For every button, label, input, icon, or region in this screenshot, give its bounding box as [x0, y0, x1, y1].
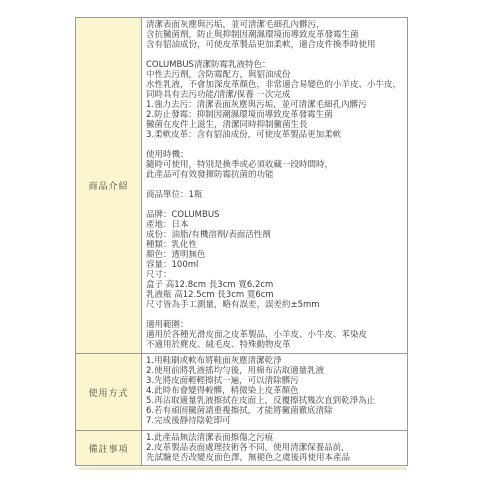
text-line: 同時具有去污功能/清潔/保養 一次完成	[146, 90, 404, 100]
page: 商品介紹 清潔表面灰塵與污垢，並可清潔毛細孔內髒污，含抗黴菌劑，防止與抑制因潮濕…	[0, 0, 480, 480]
row-label-product-intro: 商品介紹	[76, 18, 142, 353]
text-line: 5.再沾取適量乳液擦拭在皮面上，反覆擦拭幾次直到乾淨為止	[146, 396, 404, 406]
row-content-usage-instructions: 1.用鞋刷或軟布將鞋面灰塵清潔乾淨2.使用前將乳液搖均勻後，用棉布沾取適量乳液3…	[142, 354, 407, 430]
row-content-product-intro: 清潔表面灰塵與污垢，並可清潔毛細孔內髒污，含抗黴菌劑，防止與抑制因潮濕環境而導致…	[142, 18, 407, 353]
row-content-remarks: 1.此產品無法清潔表面擦傷之污痕2.皮革製品表面處理技術各不同，使用清潔保養品前…	[142, 431, 407, 465]
text-line: 2.防止發霉：抑制因潮濕環境而導致皮革發霉生菌	[146, 110, 404, 120]
table-row-remarks: 備註事項 1.此產品無法清潔表面擦傷之污痕2.皮革製品表面處理技術各不同，使用清…	[76, 430, 407, 465]
text-line: 含抗黴菌劑，防止與抑制因潮濕環境而導致皮革發霉生菌	[146, 30, 404, 40]
text-line	[146, 140, 404, 150]
text-line: 中性去污劑，含防霉配方，與貂油成份	[146, 70, 404, 80]
text-line: 適用範圍：	[146, 320, 404, 330]
text-line: 含有貂油成份，可使皮革製品更加柔軟，適合皮件換季時使用	[146, 40, 404, 50]
text-line: 3.先將皮面輕輕擦拭一遍，可以清除髒污	[146, 376, 404, 386]
text-line: 盒子 高12.8cm 長3cm 寬6.2cm	[146, 280, 404, 290]
text-line: 乳液瓶 高12.5cm 長3cm 寬6cm	[146, 290, 404, 300]
text-line	[146, 200, 404, 210]
text-line: 2.使用前將乳液搖均勻後，用棉布沾取適量乳液	[146, 366, 404, 376]
text-line	[146, 180, 404, 190]
text-line: 此產品可有效發揮防霉抗菌的功能	[146, 170, 404, 180]
text-line: 7.完成後靜待陰乾即可	[146, 416, 404, 426]
text-line: 不適用於麂皮、絨毛皮、特殊動物皮革	[146, 340, 404, 350]
text-line: 使用時機：	[146, 150, 404, 160]
text-line: 尺寸：	[146, 270, 404, 280]
text-line	[146, 50, 404, 60]
table-bottom-shadow	[79, 467, 407, 470]
table-row-usage-instructions: 使用方式 1.用鞋刷或軟布將鞋面灰塵清潔乾淨2.使用前將乳液搖均勻後，用棉布沾取…	[76, 353, 407, 430]
text-line: 容量：100ml	[146, 260, 404, 270]
text-line: 水性乳液，不會加深皮革顏色，非常適合易變色的小羊皮、小牛皮，	[146, 80, 404, 90]
text-line: 6.若有頑固黴菌請重複擦拭，才能將黴菌徹底清除	[146, 406, 404, 416]
row-label-remarks: 備註事項	[76, 431, 142, 465]
text-line: 清潔表面灰塵與污垢，並可清潔毛細孔內髒污，	[146, 20, 404, 30]
text-line: 4.此時布會變得較髒，稍微染上皮革顏色	[146, 386, 404, 396]
text-line: 顏色：透明無色	[146, 250, 404, 260]
text-line: 商品單位：1瓶	[146, 190, 404, 200]
text-line: 黴菌在皮件上滋生，清潔同時抑制黴菌生長	[146, 120, 404, 130]
table-row-product-intro: 商品介紹 清潔表面灰塵與污垢，並可清潔毛細孔內髒污，含抗黴菌劑，防止與抑制因潮濕…	[76, 18, 407, 353]
text-line	[146, 310, 404, 320]
text-line: 尺寸皆為手工測量，略有誤差，誤差約±5mm	[146, 300, 404, 310]
text-line: 1.強力去污：清潔表面灰塵與污垢，並可清潔毛細孔內髒污	[146, 100, 404, 110]
text-line: 適用於各種光滑皮面之皮革製品，小羊皮、小牛皮、苯染皮	[146, 330, 404, 340]
text-line: 3.柔軟皮革：含有貂油成份，可使皮革製品更加柔軟	[146, 130, 404, 140]
product-spec-table: 商品介紹 清潔表面灰塵與污垢，並可清潔毛細孔內髒污，含抗黴菌劑，防止與抑制因潮濕…	[75, 17, 408, 466]
text-line: 成份：油脂/有機溶劑/表面活性劑	[146, 230, 404, 240]
text-line: 產地：日本	[146, 220, 404, 230]
text-line: 1.用鞋刷或軟布將鞋面灰塵清潔乾淨	[146, 356, 404, 366]
text-line: 先試驗是否改變皮面色澤，無褪色之虞後再使用本產品	[146, 453, 404, 463]
text-line: COLUMBUS清潔防霉乳液特色：	[146, 60, 404, 70]
row-label-usage-instructions: 使用方式	[76, 354, 142, 430]
text-line: 2.皮革製品表面處理技術各不同，使用清潔保養品前，	[146, 443, 404, 453]
text-line: 1.此產品無法清潔表面擦傷之污痕	[146, 433, 404, 443]
text-line: 隨時可使用，特別是換季或必須收藏一段時間時，	[146, 160, 404, 170]
text-line: 品牌：COLUMBUS	[146, 210, 404, 220]
text-line: 種類：乳化性	[146, 240, 404, 250]
